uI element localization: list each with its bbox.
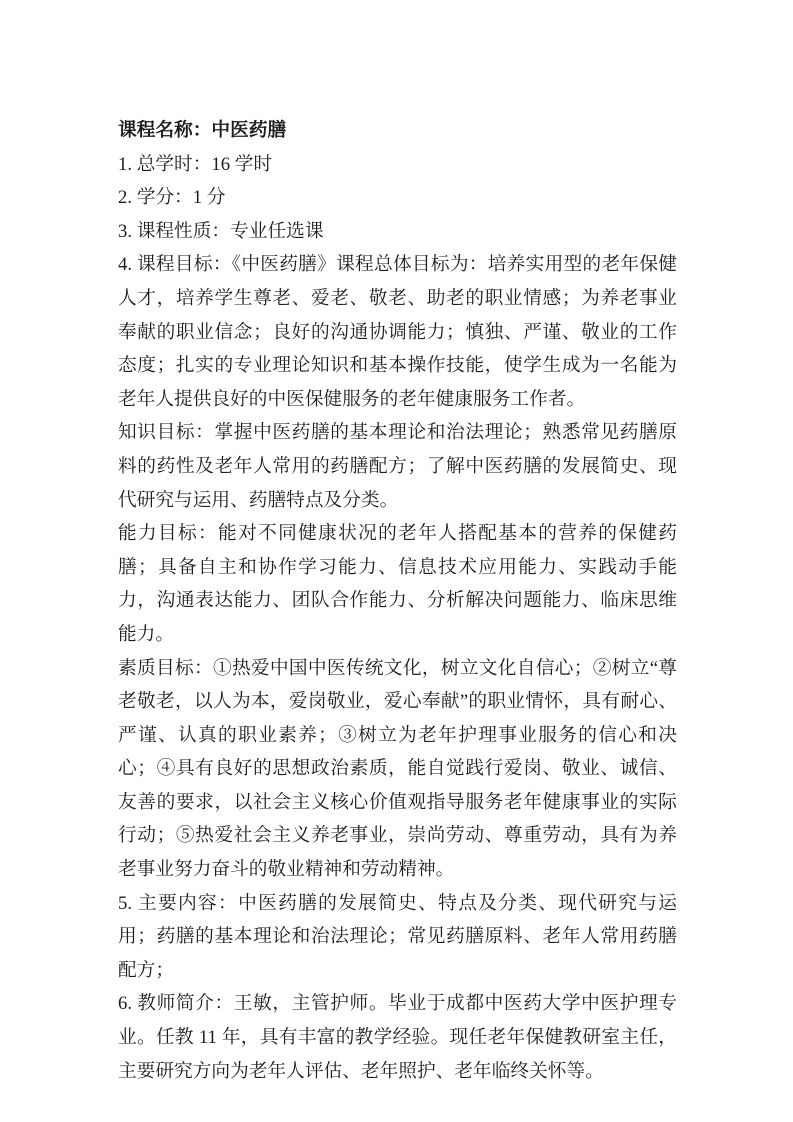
paragraph-teacher-intro: 6. 教师简介：王敏，主管护师。毕业于成都中医药大学中医护理专业。任教 11 年… bbox=[118, 987, 677, 1088]
paragraph-total-hours: 1. 总学时：16 学时 bbox=[118, 148, 677, 182]
paragraph-knowledge-goals: 知识目标：掌握中医药膳的基本理论和治法理论；熟悉常见药膳原料的药性及老年人常用的… bbox=[118, 416, 677, 517]
paragraph-quality-goals: 素质目标：①热爱中国中医传统文化，树立文化自信心；②树立“尊老敬老，以人为本，爱… bbox=[118, 652, 677, 887]
course-title: 课程名称：中医药膳 bbox=[118, 114, 677, 148]
paragraph-course-objectives: 4. 课程目标：《中医药膳》课程总体目标为：培养实用型的老年保健人才，培养学生尊… bbox=[118, 248, 677, 416]
document-text-block: 课程名称：中医药膳 1. 总学时：16 学时 2. 学分：1 分 3. 课程性质… bbox=[118, 114, 677, 1088]
paragraph-ability-goals: 能力目标：能对不同健康状况的老年人搭配基本的营养的保健药膳；具备自主和协作学习能… bbox=[118, 517, 677, 651]
paragraph-course-nature: 3. 课程性质：专业任选课 bbox=[118, 215, 677, 249]
document-page: 课程名称：中医药膳 1. 总学时：16 学时 2. 学分：1 分 3. 课程性质… bbox=[0, 0, 793, 1122]
paragraph-main-content: 5. 主要内容：中医药膳的发展简史、特点及分类、现代研究与运用；药膳的基本理论和… bbox=[118, 887, 677, 988]
paragraph-credits: 2. 学分：1 分 bbox=[118, 181, 677, 215]
